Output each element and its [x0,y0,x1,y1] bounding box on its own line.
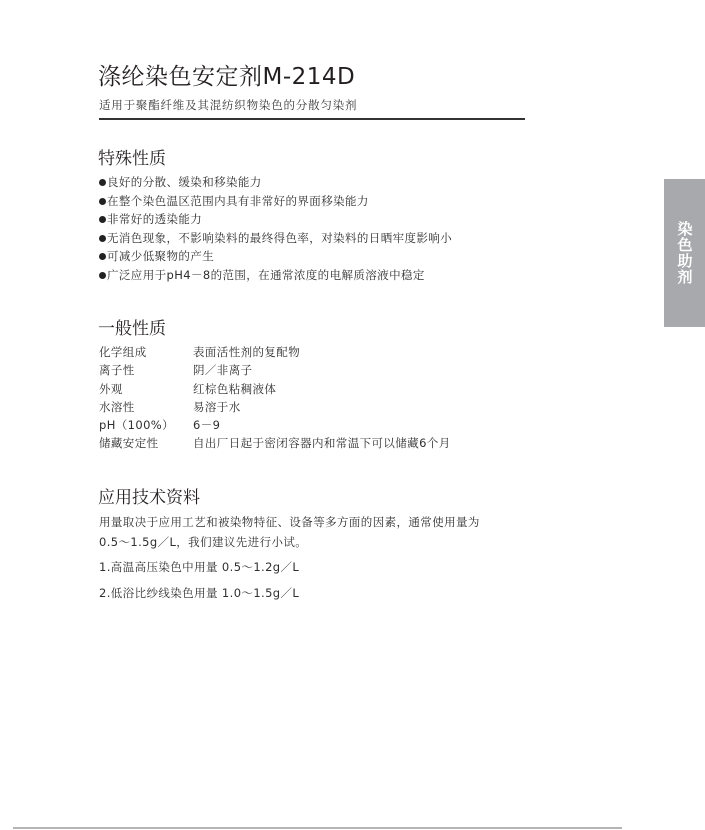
property-name: 水溶性 [99,398,193,416]
title-divider [99,118,525,120]
list-item: 广泛应用于pH4－8的范围，在通常浓度的电解质溶液中稳定 [99,266,452,285]
general-properties-table: 化学组成 表面活性剂的复配物 离子性 阴／非离子 外观 红棕色粘稠液体 水溶性 … [99,343,451,453]
table-row: 水溶性 易溶于水 [99,398,451,416]
property-name: 离子性 [99,361,193,379]
page-subtitle: 适用于聚酯纤维及其混纺织物染色的分散匀染剂 [99,97,357,113]
list-item: 可减少低聚物的产生 [99,247,452,266]
list-item: 无消色现象，不影响染料的最终得色率，对染料的日晒牢度影响小 [99,229,452,248]
application-dosage-item: 1.高温高压染色中用量 0.5～1.2g／L [99,559,299,575]
bullet-icon [99,179,106,186]
property-value: 易溶于水 [193,398,451,416]
bullet-icon [99,235,106,242]
list-item: 良好的分散、缓染和移染能力 [99,173,452,192]
property-value: 表面活性剂的复配物 [193,343,451,361]
list-item: 在整个染色温区范围内具有非常好的界面移染能力 [99,192,452,211]
property-value: 自出厂日起于密闭容器内和常温下可以储藏6个月 [193,434,451,452]
property-name: 储藏安定性 [99,434,193,452]
section-heading-general-properties: 一般性质 [98,318,166,340]
bullet-icon [99,198,106,205]
property-name: 外观 [99,380,193,398]
special-properties-list: 良好的分散、缓染和移染能力 在整个染色温区范围内具有非常好的界面移染能力 非常好… [99,173,452,284]
side-category-tab: 染色助剂 [664,179,705,327]
property-value: 6－9 [193,416,451,434]
section-heading-special-properties: 特殊性质 [98,148,166,170]
table-row: 离子性 阴／非离子 [99,361,451,379]
bullet-icon [99,216,106,223]
table-row: 化学组成 表面活性剂的复配物 [99,343,451,361]
page-title: 涤纶染色安定剂M-214D [98,62,355,92]
bullet-icon [99,253,106,260]
side-tab-label: 染色助剂 [677,221,693,285]
application-paragraph: 用量取决于应用工艺和被染物特征、设备等多方面的因素，通常使用量为 0.5～1.5… [99,512,480,552]
property-value: 阴／非离子 [193,361,451,379]
table-row: 储藏安定性 自出厂日起于密闭容器内和常温下可以储藏6个月 [99,434,451,452]
list-item: 非常好的透染能力 [99,210,452,229]
property-name: pH（100%） [99,416,193,434]
bullet-icon [99,272,106,279]
table-row: 外观 红棕色粘稠液体 [99,380,451,398]
property-value: 红棕色粘稠液体 [193,380,451,398]
application-dosage-item: 2.低浴比纱线染色用量 1.0～1.5g／L [99,585,299,601]
table-row: pH（100%） 6－9 [99,416,451,434]
application-paragraph-line: 0.5～1.5g／L，我们建议先进行小试。 [99,532,480,552]
section-heading-application: 应用技术资料 [98,487,200,509]
application-paragraph-line: 用量取决于应用工艺和被染物特征、设备等多方面的因素，通常使用量为 [99,512,480,532]
footer-divider [13,827,622,829]
property-name: 化学组成 [99,343,193,361]
